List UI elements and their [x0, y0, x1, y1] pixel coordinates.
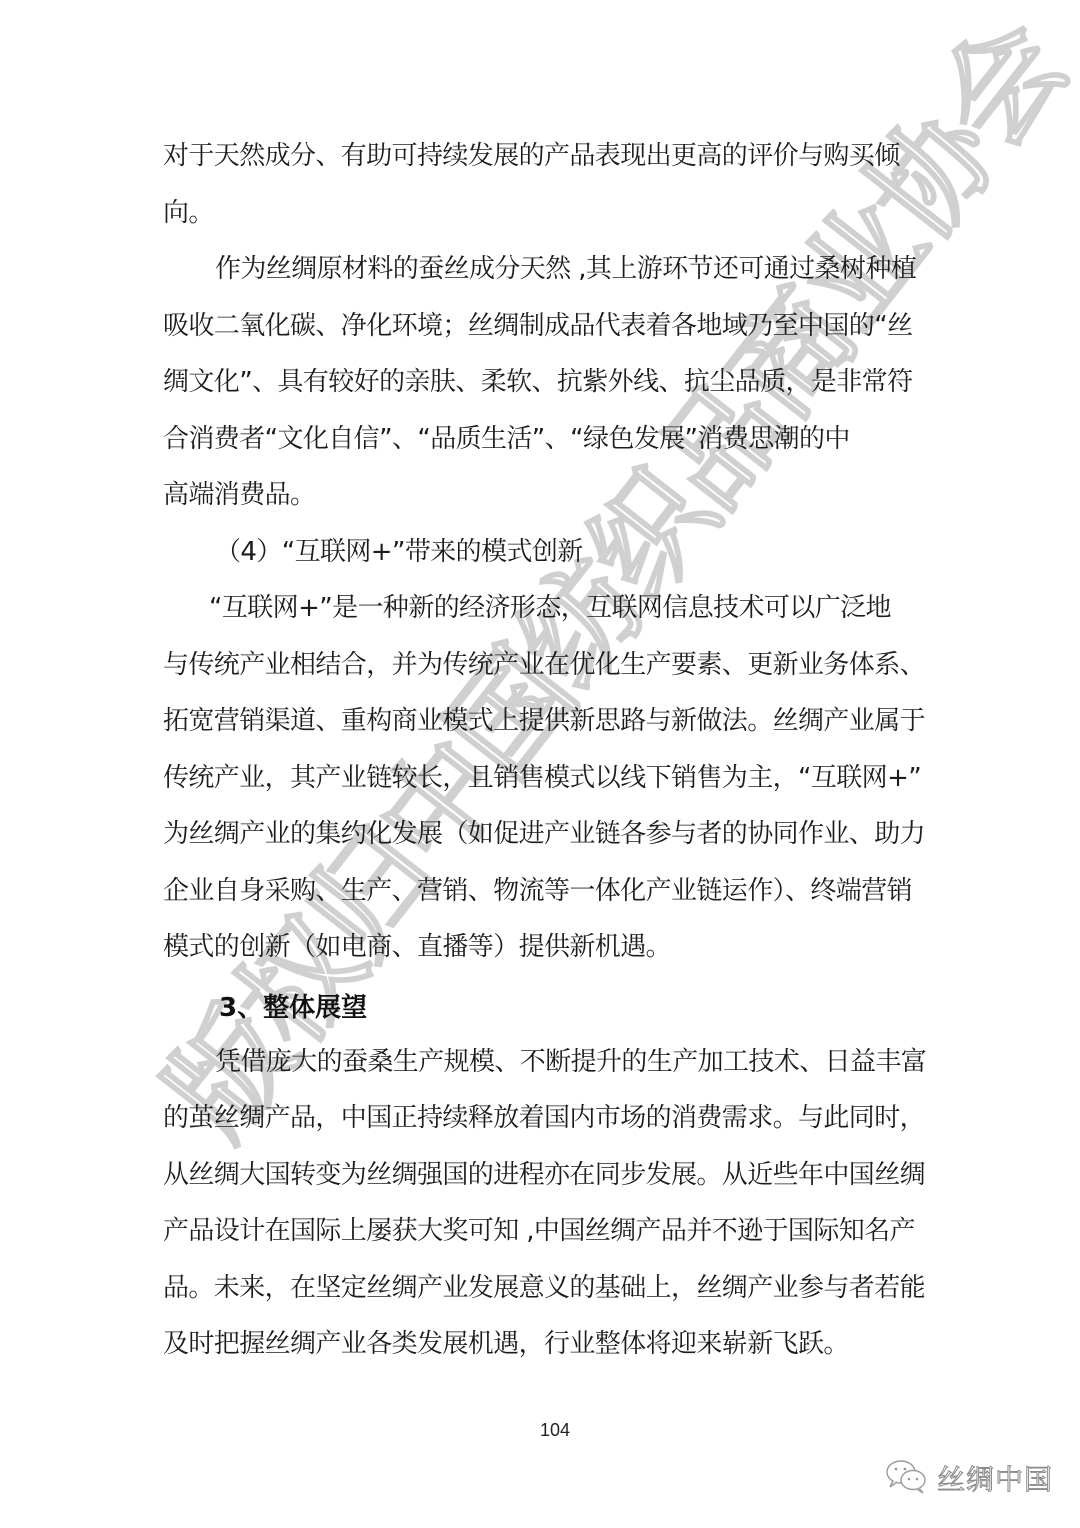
text-line: “互联网+”是一种新的经济形态，互联网信息技术可以广泛地 [163, 580, 919, 637]
text-line: 及时把握丝绸产业各类发展机遇，行业整体将迎来崭新飞跃。 [163, 1316, 919, 1373]
text-line: 作为丝绸原材料的蚕丝成分天然 ,其上游环节还可通过桑树种植 [163, 241, 919, 298]
document-page: 版权归中国纺织品商业协会 对于天然成分、有助可持续发展的产品表现出更高的评价与购… [0, 0, 1080, 1528]
paragraph-overall-outlook: 凭借庞大的蚕桑生产规模、不断提升的生产加工技术、日益丰富 的茧丝绸产品，中国正持… [163, 1034, 919, 1373]
text-line: 为丝绸产业的集约化发展（如促进产业链各参与者的协同作业、助力 [163, 806, 919, 863]
text-line: 拓宽营销渠道、重构商业模式上提供新思路与新做法。丝绸产业属于 [163, 693, 919, 750]
text-line: 吸收二氧化碳、净化环境；丝绸制成品代表着各地域乃至中国的“丝 [163, 298, 919, 355]
text-line: 从丝绸大国转变为丝绸强国的进程亦在同步发展。从近些年中国丝绸 [163, 1147, 919, 1204]
text-line: 向。 [163, 185, 919, 242]
text-line: 模式的创新（如电商、直播等）提供新机遇。 [163, 919, 919, 976]
text-line: 的茧丝绸产品，中国正持续释放着国内市场的消费需求。与此同时， [163, 1090, 919, 1147]
paragraph-consumer-preference: 对于天然成分、有助可持续发展的产品表现出更高的评价与购买倾 向。 [163, 128, 919, 241]
text-line: 对于天然成分、有助可持续发展的产品表现出更高的评价与购买倾 [163, 128, 919, 185]
wechat-icon [885, 1458, 929, 1498]
source-label: 丝绸中国 [937, 1458, 1053, 1498]
source-watermark: 丝绸中国 [885, 1458, 1053, 1498]
subheading-internet-plus: （4）“互联网+”带来的模式创新 [163, 524, 919, 581]
text-line: 高端消费品。 [163, 467, 919, 524]
text-line: 企业自身采购、生产、营销、物流等一体化产业链运作）、终端营销 [163, 863, 919, 920]
text-line: 传统产业，其产业链较长，且销售模式以线下销售为主，“互联网+” [163, 750, 919, 807]
paragraph-silk-natural: 作为丝绸原材料的蚕丝成分天然 ,其上游环节还可通过桑树种植 吸收二氧化碳、净化环… [163, 241, 919, 524]
text-line: 合消费者“文化自信”、“品质生活”、“绿色发展”消费思潮的中 [163, 411, 919, 468]
text-line: 品。未来，在坚定丝绸产业发展意义的基础上，丝绸产业参与者若能 [163, 1260, 919, 1317]
section-heading-overall-outlook: 3、整体展望 [163, 976, 919, 1040]
text-line: 绸文化”、具有较好的亲肤、柔软、抗紫外线、抗尘品质，是非常符 [163, 354, 919, 411]
text-line: 产品设计在国际上屡获大奖可知 ,中国丝绸产品并不逊于国际知名产 [163, 1203, 919, 1260]
page-content: 对于天然成分、有助可持续发展的产品表现出更高的评价与购买倾 向。 作为丝绸原材料… [163, 128, 919, 1373]
page-number: 104 [540, 1420, 570, 1441]
text-line: 与传统产业相结合，并为传统产业在优化生产要素、更新业务体系、 [163, 637, 919, 694]
text-line: 凭借庞大的蚕桑生产规模、不断提升的生产加工技术、日益丰富 [163, 1034, 919, 1091]
paragraph-internet-plus: “互联网+”是一种新的经济形态，互联网信息技术可以广泛地 与传统产业相结合，并为… [163, 580, 919, 976]
